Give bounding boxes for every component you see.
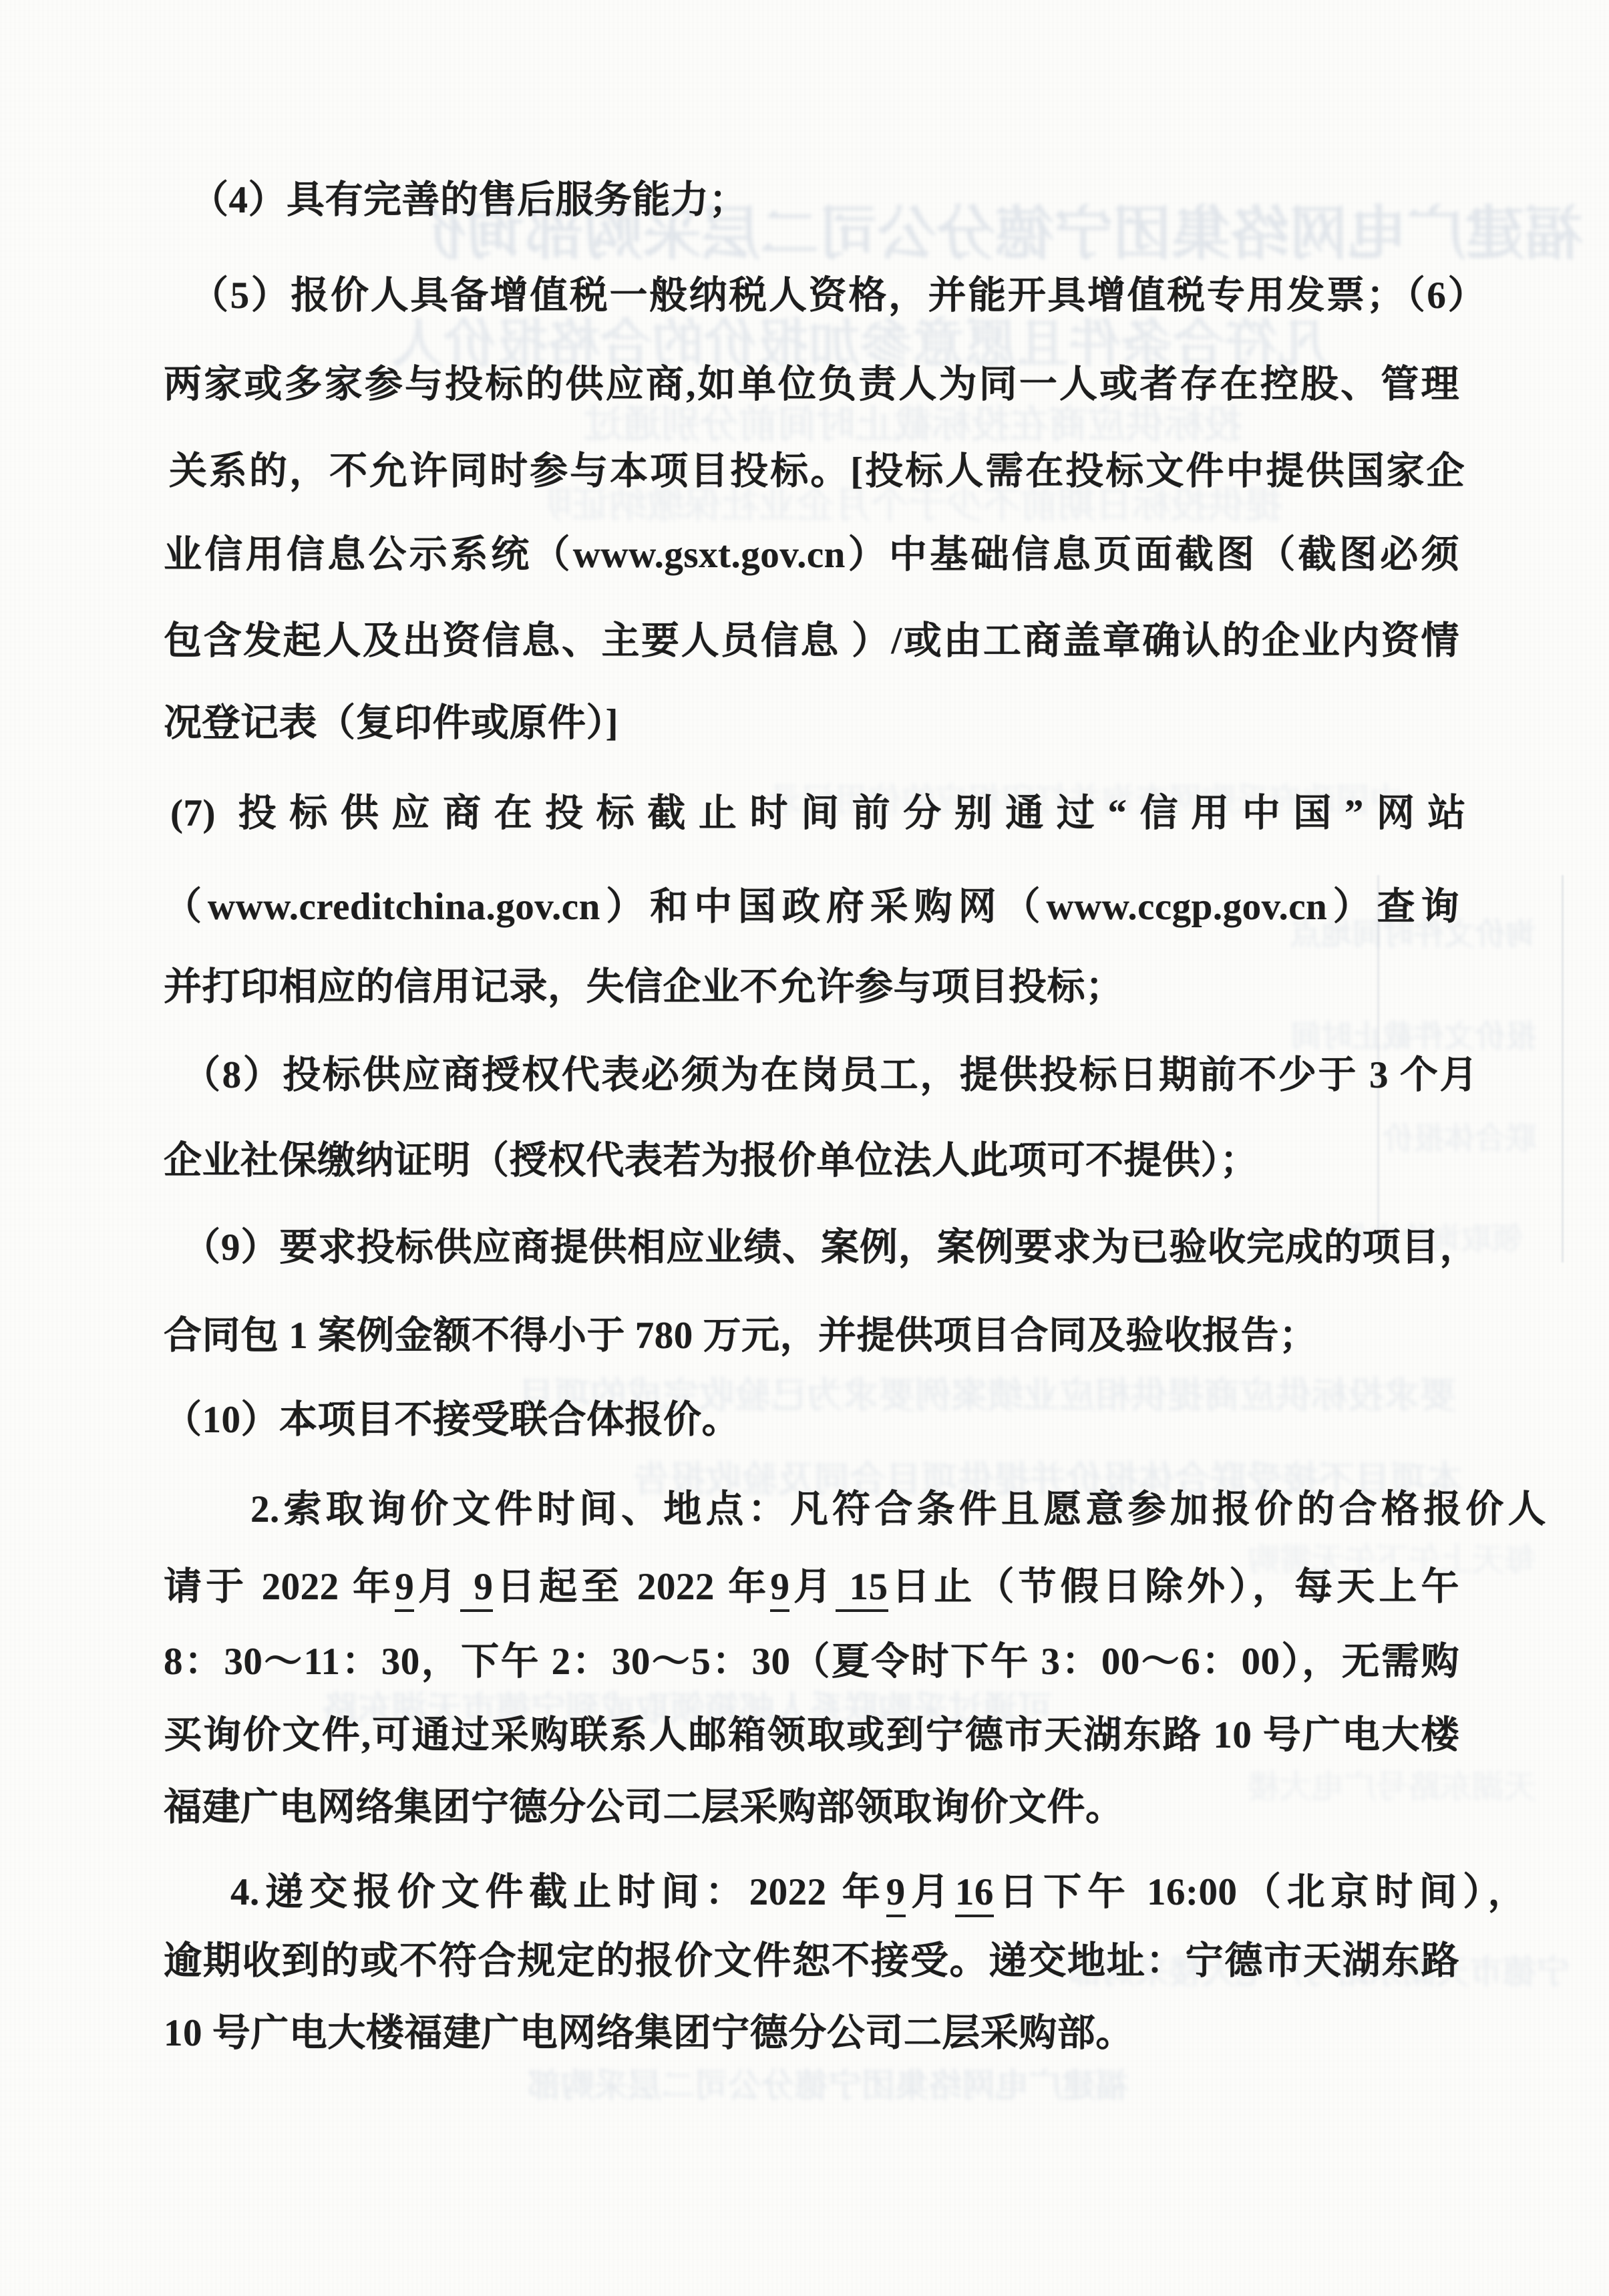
text-segment: （www.creditchina.gov.cn）和中国政府采购网（www.ccg… xyxy=(164,886,1459,928)
text-segment: 关系的，不允许同时参与本项目投标。[投标人需在投标文件中提供国家企 xyxy=(169,450,1465,492)
document-line-6: 包含发起人及出资信息、主要人员信息 ）/或由工商盖章确认的企业内资情 xyxy=(164,616,1459,667)
document-line-20: 福建广电网络集团宁德分公司二层采购部领取询价文件。 xyxy=(164,1782,1459,1833)
text-segment: 包含发起人及出资信息、主要人员信息 ）/或由工商盖章确认的企业内资情 xyxy=(164,620,1459,662)
text-segment: 福建广电网络集团宁德分公司二层采购部领取询价文件。 xyxy=(164,1786,1124,1828)
document-line-2: （5）报价人具备增值税一般纳税人资格，并能开具增值税专用发票；（6） xyxy=(164,271,1486,321)
document-line-18: 8：30～11：30，下午 2：30～5：30（夏令时下午 3：00～6：00）… xyxy=(164,1637,1459,1687)
document-line-19: 买询价文件,可通过采购联系人邮箱领取或到宁德市天湖东路 10 号广电大楼 xyxy=(164,1710,1459,1761)
underlined-date-value: 9 xyxy=(770,1566,789,1612)
text-segment: (7) 投标供应商在投标截止时间前分别通过“信用中国”网站 xyxy=(170,792,1466,834)
text-segment: （8）投标供应商授权代表必须为在岗员工，提供投标日期前不少于 3 个月 xyxy=(182,1054,1478,1096)
underlined-date-value: 15 xyxy=(836,1566,888,1612)
document-line-3: 两家或多家参与投标的供应商,如单位负责人为同一人或者存在控股、管理 xyxy=(164,359,1459,410)
document-line-15: （10）本项目不接受联合体报价。 xyxy=(164,1395,1459,1446)
underlined-date-value: 9 xyxy=(395,1566,414,1612)
text-segment: （9）要求投标供应商提供相应业绩、案例，案例要求为已验收完成的项目， xyxy=(182,1226,1478,1269)
text-segment: 请于 2022 年 xyxy=(164,1566,395,1608)
text-segment: 况登记表（复印件或原件）] xyxy=(164,702,618,744)
text-segment: （5）报价人具备增值税一般纳税人资格，并能开具增值税专用发票；（6） xyxy=(190,275,1486,317)
document-line-4: 关系的，不允许同时参与本项目投标。[投标人需在投标文件中提供国家企 xyxy=(164,446,1465,497)
document-line-5: 业信用信息公示系统（www.gsxt.gov.cn）中基础信息页面截图（截图必须 xyxy=(164,530,1459,581)
document-line-14: 合同包 1 案例金额不得小于 780 万元，并提供项目合同及验收报告； xyxy=(164,1311,1459,1361)
underlined-date-value: 9 xyxy=(460,1566,493,1612)
text-segment: 日起至 2022 年 xyxy=(493,1566,770,1608)
document-line-16: 2.索取询价文件时间、地点：凡符合条件且愿意参加报价的合格报价人 xyxy=(164,1484,1546,1535)
underlined-date-value: 9 xyxy=(886,1871,906,1917)
document-line-8: (7) 投标供应商在投标截止时间前分别通过“信用中国”网站 xyxy=(164,788,1466,839)
document-line-13: （9）要求投标供应商提供相应业绩、案例，案例要求为已验收完成的项目， xyxy=(164,1222,1478,1273)
document-line-17: 请于 2022 年9月 9日起至 2022 年9月 15日止（节假日除外），每天… xyxy=(164,1562,1459,1613)
document-line-21: 4.递交报价文件截止时间：2022 年9月16日下午 16:00（北京时间）， xyxy=(164,1867,1526,1918)
text-segment: 月 xyxy=(906,1871,955,1913)
document-text-layer: （4）具有完善的售后服务能力；（5）报价人具备增值税一般纳税人资格，并能开具增值… xyxy=(0,0,1609,2296)
document-line-10: 并打印相应的信用记录，失信企业不允许参与项目投标； xyxy=(164,962,1459,1013)
text-segment: 买询价文件,可通过采购联系人邮箱领取或到宁德市天湖东路 10 号广电大楼 xyxy=(164,1714,1459,1756)
text-segment: 并打印相应的信用记录，失信企业不允许参与项目投标； xyxy=(164,966,1124,1008)
text-segment: （10）本项目不接受联合体报价。 xyxy=(164,1399,740,1441)
document-line-1: （4）具有完善的售后服务能力； xyxy=(164,175,1486,226)
text-segment: 月 xyxy=(789,1566,836,1608)
text-segment: 两家或多家参与投标的供应商,如单位负责人为同一人或者存在控股、管理 xyxy=(164,363,1459,405)
text-segment: 2.索取询价文件时间、地点：凡符合条件且愿意参加报价的合格报价人 xyxy=(250,1488,1546,1530)
document-line-12: 企业社保缴纳证明（授权代表若为报价单位法人此项可不提供）； xyxy=(164,1136,1459,1186)
document-line-11: （8）投标供应商授权代表必须为在岗员工，提供投标日期前不少于 3 个月 xyxy=(164,1050,1478,1101)
text-segment: 逾期收到的或不符合规定的报价文件恕不接受。递交地址：宁德市天湖东路 xyxy=(164,1940,1459,1982)
document-line-7: 况登记表（复印件或原件）] xyxy=(164,698,1459,749)
text-segment: 月 xyxy=(414,1566,460,1608)
document-line-22: 逾期收到的或不符合规定的报价文件恕不接受。递交地址：宁德市天湖东路 xyxy=(164,1936,1459,1987)
text-segment: 企业社保缴纳证明（授权代表若为报价单位法人此项可不提供）； xyxy=(164,1140,1258,1182)
underlined-date-value: 16 xyxy=(955,1871,994,1917)
scanned-page: 福建广电网络集团宁德分公司二层采购部询价凡符合条件且愿意参加报价的合格报价人投标… xyxy=(0,0,1609,2296)
text-segment: 业信用信息公示系统（www.gsxt.gov.cn）中基础信息页面截图（截图必须 xyxy=(164,534,1459,576)
text-segment: 日止（节假日除外），每天上午 xyxy=(888,1566,1459,1608)
text-segment: 10 号广电大楼福建广电网络集团宁德分公司二层采购部。 xyxy=(164,2012,1134,2054)
document-line-9: （www.creditchina.gov.cn）和中国政府采购网（www.ccg… xyxy=(164,882,1459,933)
document-line-23: 10 号广电大楼福建广电网络集团宁德分公司二层采购部。 xyxy=(164,2008,1459,2059)
text-segment: 8：30～11：30，下午 2：30～5：30（夏令时下午 3：00～6：00）… xyxy=(164,1641,1459,1683)
text-segment: 合同包 1 案例金额不得小于 780 万元，并提供项目合同及验收报告； xyxy=(164,1315,1318,1357)
text-segment: （4）具有完善的售后服务能力； xyxy=(190,179,747,221)
text-segment: 4.递交报价文件截止时间：2022 年 xyxy=(230,1871,886,1913)
text-segment: 日下午 16:00（北京时间）， xyxy=(994,1871,1526,1913)
